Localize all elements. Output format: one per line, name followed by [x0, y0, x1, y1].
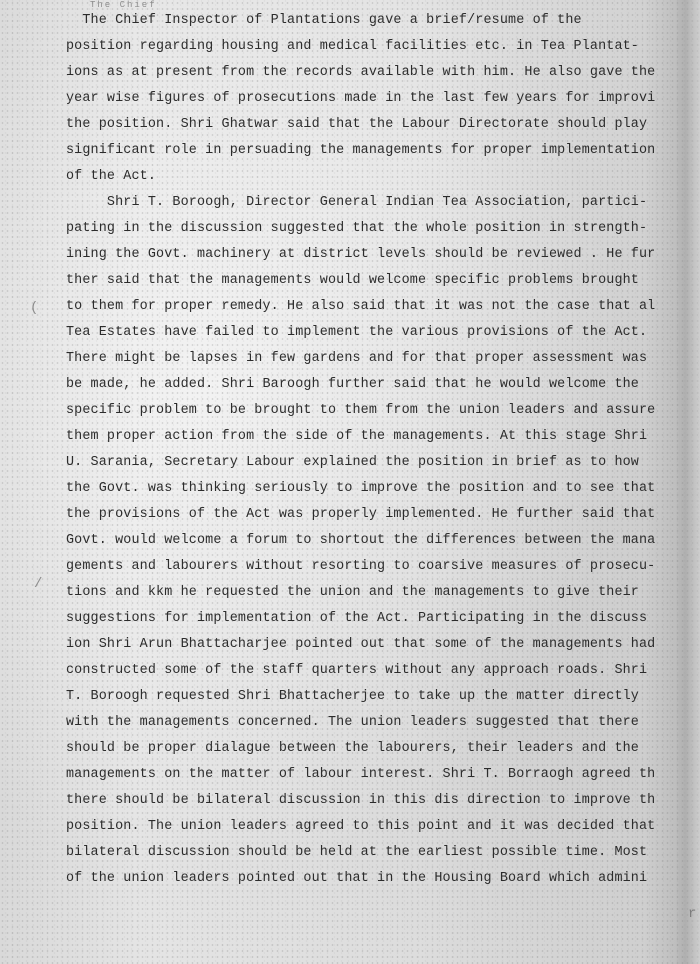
text-line: constructed some of the staff quarters w…	[66, 658, 686, 684]
text-line: be made, he added. Shri Baroogh further …	[66, 372, 686, 398]
text-line: Govt. would welcome a forum to shortout …	[66, 528, 686, 554]
text-line: there should be bilateral discussion in …	[66, 788, 686, 814]
text-line: Tea Estates have failed to implement the…	[66, 320, 686, 346]
text-line: U. Sarania, Secretary Labour explained t…	[66, 450, 686, 476]
text-line: bilateral discussion should be held at t…	[66, 840, 686, 866]
text-line: Shri T. Boroogh, Director General Indian…	[66, 190, 686, 216]
text-line: the provisions of the Act was properly i…	[66, 502, 686, 528]
margin-mark: r	[688, 906, 696, 922]
text-line: T. Boroogh requested Shri Bhattacherjee …	[66, 684, 686, 710]
text-line: significant role in persuading the manag…	[66, 138, 686, 164]
margin-mark: /	[34, 576, 42, 592]
text-line: ions as at present from the records avai…	[66, 60, 686, 86]
text-line: tions and kkm he requested the union and…	[66, 580, 686, 606]
text-line: should be proper dialague between the la…	[66, 736, 686, 762]
typewritten-body-text: The Chief Inspector of Plantations gave …	[66, 8, 686, 892]
text-line: position. The union leaders agreed to th…	[66, 814, 686, 840]
text-line: the Govt. was thinking seriously to impr…	[66, 476, 686, 502]
margin-mark: (	[30, 300, 38, 316]
text-line: them proper action from the side of the …	[66, 424, 686, 450]
text-line: managements on the matter of labour inte…	[66, 762, 686, 788]
text-line: suggestions for implementation of the Ac…	[66, 606, 686, 632]
text-line: with the managements concerned. The unio…	[66, 710, 686, 736]
text-line: ining the Govt. machinery at district le…	[66, 242, 686, 268]
scanned-page: The Chief ( / r The Chief Inspector of P…	[0, 0, 700, 964]
text-line: The Chief Inspector of Plantations gave …	[66, 8, 686, 34]
text-line: ion Shri Arun Bhattacharjee pointed out …	[66, 632, 686, 658]
text-line: specific problem to be brought to them f…	[66, 398, 686, 424]
text-line: of the union leaders pointed out that in…	[66, 866, 686, 892]
text-line: of the Act.	[66, 164, 686, 190]
text-line: to them for proper remedy. He also said …	[66, 294, 686, 320]
text-line: the position. Shri Ghatwar said that the…	[66, 112, 686, 138]
text-line: pating in the discussion suggested that …	[66, 216, 686, 242]
text-line: year wise figures of prosecutions made i…	[66, 86, 686, 112]
text-line: position regarding housing and medical f…	[66, 34, 686, 60]
text-line: There might be lapses in few gardens and…	[66, 346, 686, 372]
text-line: gements and labourers without resorting …	[66, 554, 686, 580]
text-line: ther said that the managements would wel…	[66, 268, 686, 294]
